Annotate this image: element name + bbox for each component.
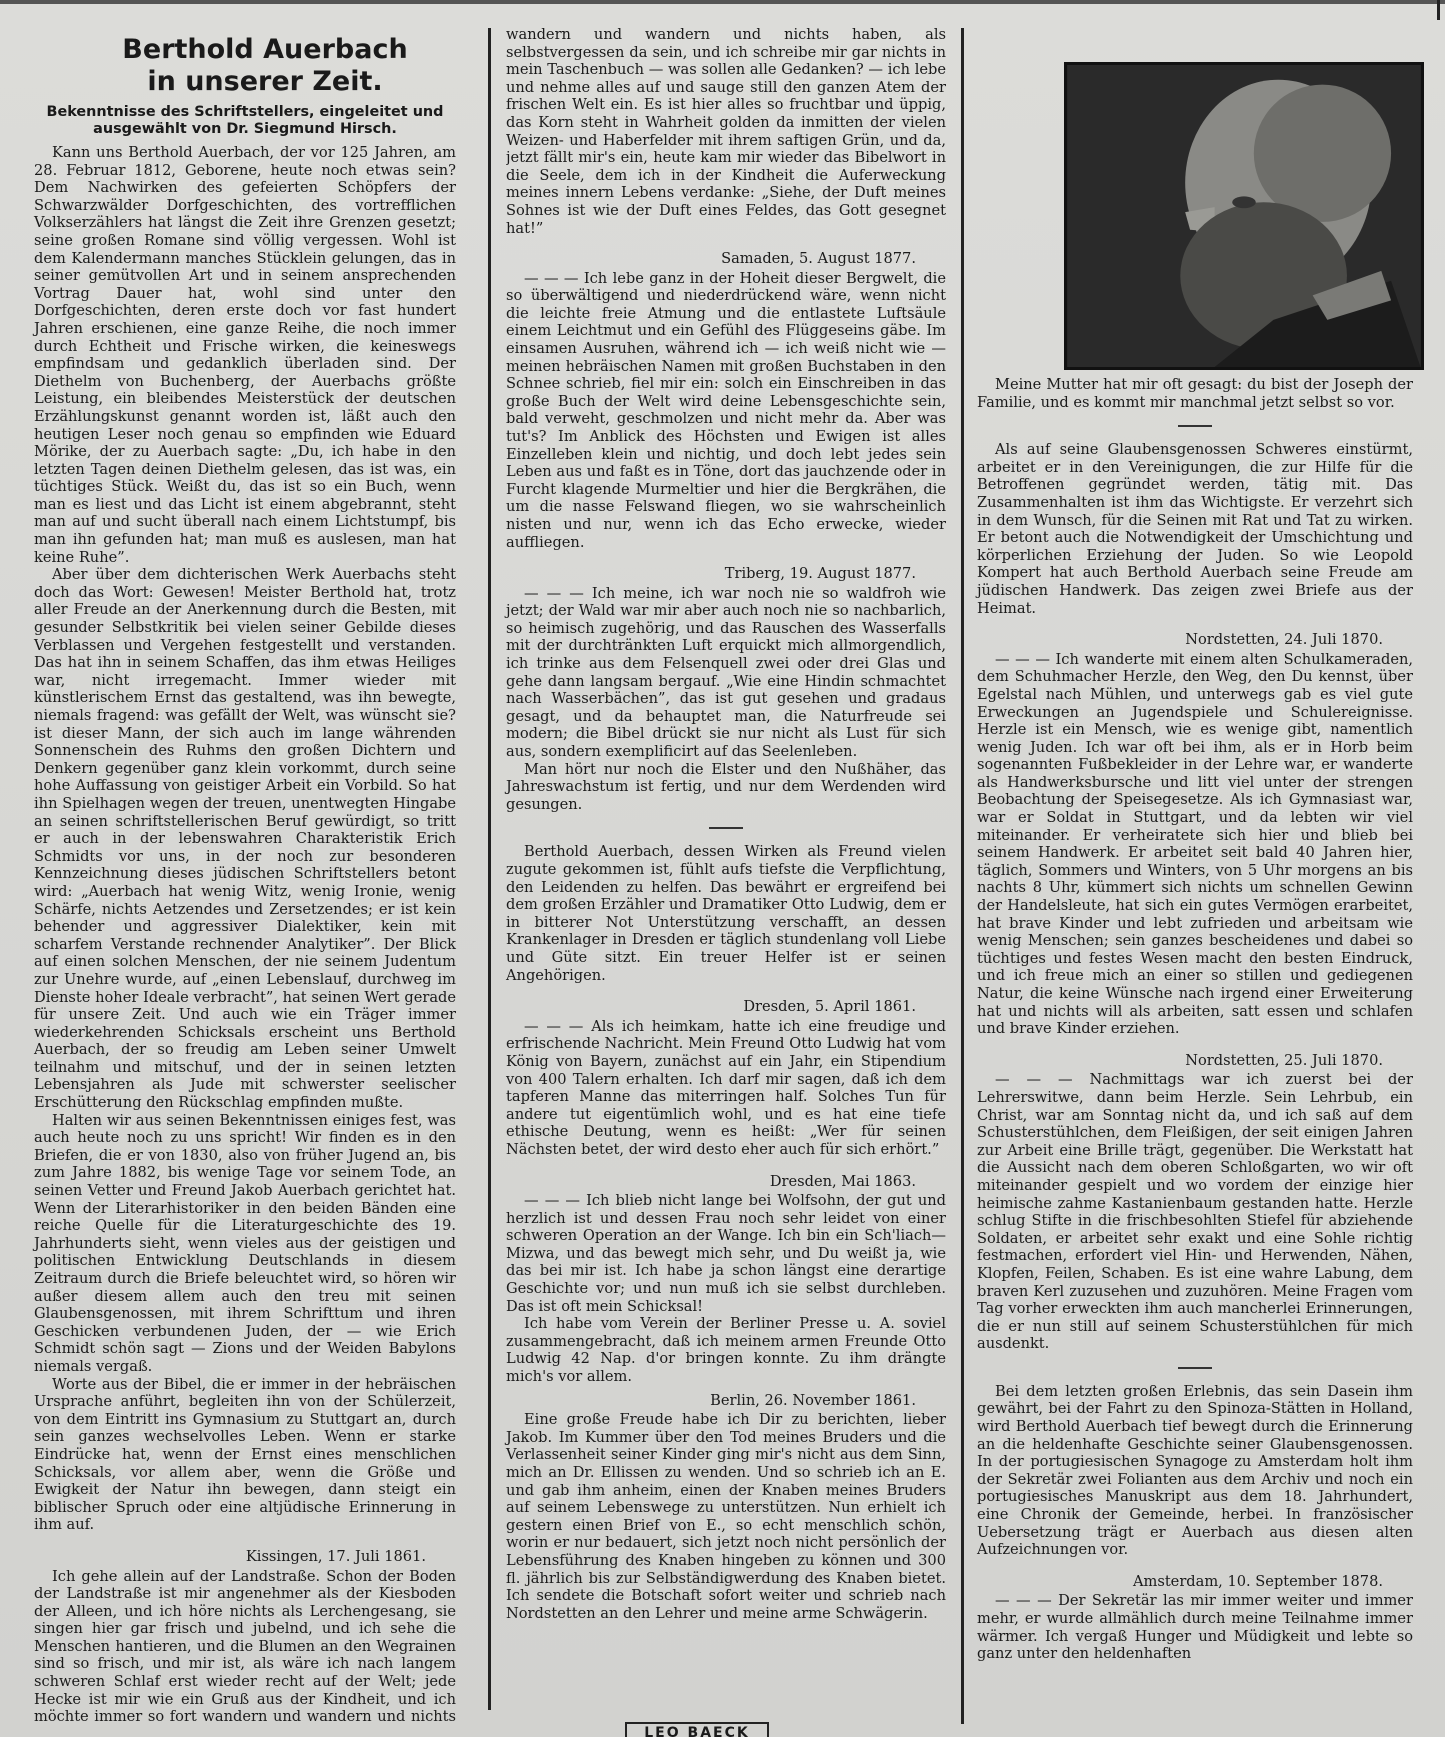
letter-text: — — — Ich wanderte mit einem alten Schul… xyxy=(977,651,1413,1038)
letter-text-continued: wandern und wandern und nichts haben, al… xyxy=(506,26,946,236)
section-separator xyxy=(1178,1367,1212,1369)
letter-text: — — — Als ich heimkam, hatte ich eine fr… xyxy=(506,1018,946,1159)
letter-dateline: Nordstetten, 24. Juli 1870. xyxy=(977,631,1383,649)
intro-paragraph-2: Aber über dem dichterischen Werk Auerbac… xyxy=(34,566,456,1111)
letter-text: Ich habe vom Verein der Berliner Presse … xyxy=(506,1315,946,1385)
portrait-photo xyxy=(1064,62,1424,370)
section-separator xyxy=(709,827,743,829)
top-border xyxy=(0,0,1445,4)
letter-text: Man hört nur noch die Elster und den Nuß… xyxy=(506,761,946,814)
article-subtitle: Bekenntnisse des Schriftstellers, eingel… xyxy=(34,104,456,138)
letter-dateline: Amsterdam, 10. September 1878. xyxy=(977,1573,1383,1591)
letter-dateline: Triberg, 19. August 1877. xyxy=(506,565,916,583)
letter-dateline: Berlin, 26. November 1861. xyxy=(506,1392,916,1410)
column-2: wandern und wandern und nichts haben, al… xyxy=(506,26,946,1622)
col3-paragraph-1: Als auf seine Glaubensgenossen Schweres … xyxy=(977,441,1413,617)
article-title: Berthold Auerbach in unserer Zeit. xyxy=(74,34,456,98)
newspaper-page: Berthold Auerbach in unserer Zeit. Beken… xyxy=(0,0,1445,1737)
column-rule-left xyxy=(488,28,491,1710)
column-1: Berthold Auerbach in unserer Zeit. Beken… xyxy=(34,22,456,1728)
column-rule-right xyxy=(961,28,964,1724)
portrait-caption: Meine Mutter hat mir oft gesagt: du bist… xyxy=(977,376,1413,411)
title-line-1: Berthold Auerbach xyxy=(122,34,407,65)
section-separator xyxy=(1178,425,1212,427)
letter-text: — — — Ich meine, ich war noch nie so wal… xyxy=(506,585,946,761)
page-edge-rule xyxy=(1437,0,1440,20)
letter-text: Eine große Freude habe ich Dir zu berich… xyxy=(506,1411,946,1622)
title-line-2: in unserer Zeit. xyxy=(147,66,382,97)
intro-paragraph-1: Kann uns Berthold Auerbach, der vor 125 … xyxy=(34,144,456,566)
bridge-paragraph: Berthold Auerbach, dessen Wirken als Fre… xyxy=(506,843,946,984)
letter-dateline: Samaden, 5. August 1877. xyxy=(506,250,916,268)
archive-stamp: LEO BAECK xyxy=(625,1722,769,1737)
col3-paragraph-2: Bei dem letzten großen Erlebnis, das sei… xyxy=(977,1383,1413,1559)
portrait-image-icon xyxy=(1067,65,1421,367)
letter-text: — — — Ich lebe ganz in der Hoheit dieser… xyxy=(506,270,946,552)
letter-dateline: Nordstetten, 25. Juli 1870. xyxy=(977,1052,1383,1070)
letter-dateline: Dresden, Mai 1863. xyxy=(506,1173,916,1191)
letter-text: — — — Nachmittags war ich zuerst bei der… xyxy=(977,1071,1413,1353)
column-3: Meine Mutter hat mir oft gesagt: du bist… xyxy=(977,376,1413,1663)
letter-text: Ich gehe allein auf der Landstraße. Scho… xyxy=(34,1568,456,1728)
letter-text: — — — Ich blieb nicht lange bei Wolfsohn… xyxy=(506,1192,946,1315)
intro-paragraph-3: Halten wir aus seinen Bekenntnissen eini… xyxy=(34,1112,456,1376)
letter-dateline: Dresden, 5. April 1861. xyxy=(506,998,916,1016)
letter-dateline: Kissingen, 17. Juli 1861. xyxy=(34,1548,426,1566)
letter-text: — — — Der Sekretär las mir immer weiter … xyxy=(977,1592,1413,1662)
intro-paragraph-4: Worte aus der Bibel, die er immer in der… xyxy=(34,1376,456,1534)
